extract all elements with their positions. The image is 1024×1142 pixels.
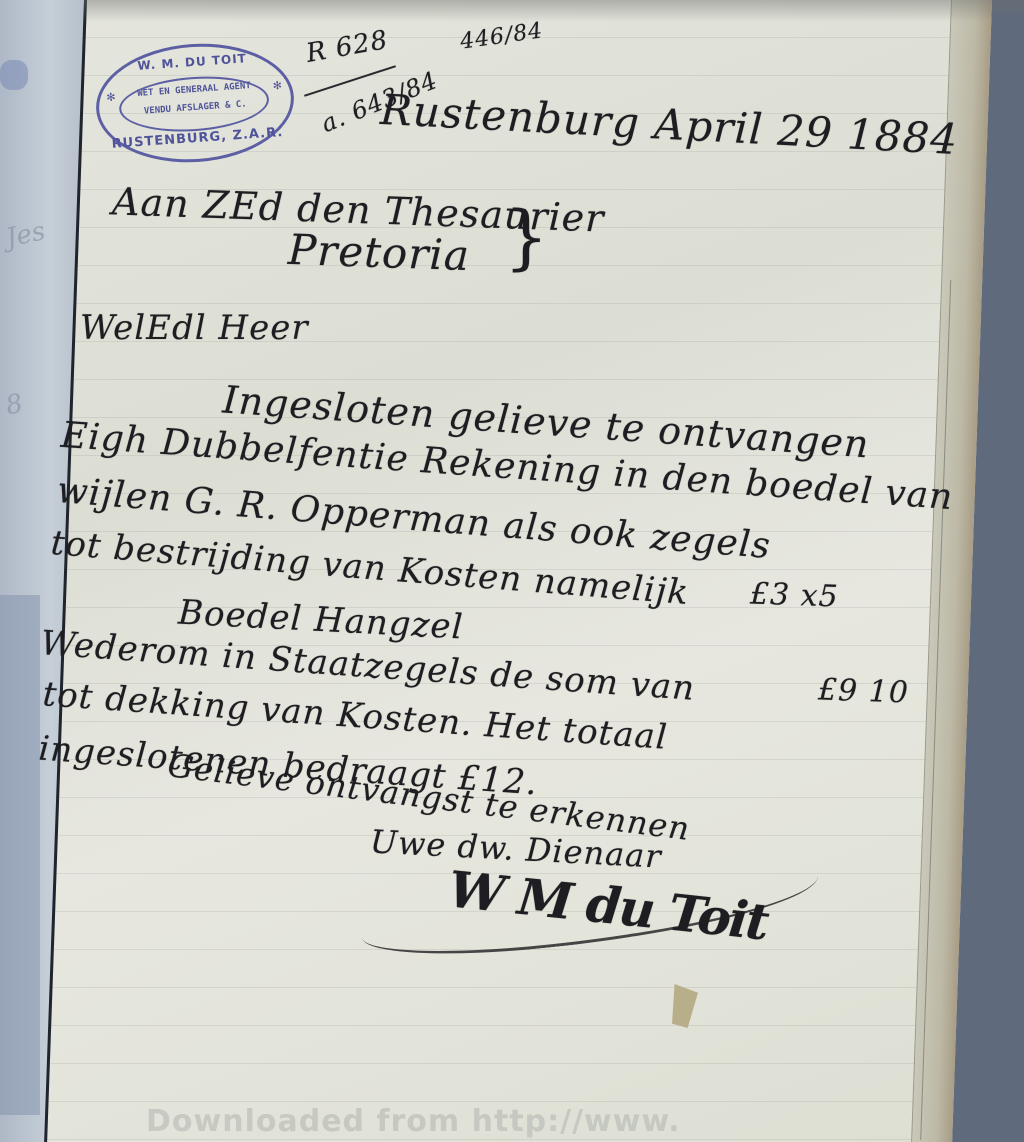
salutation: WelEdl Heer — [80, 308, 309, 348]
amount-1: £3 x5 — [749, 576, 839, 614]
amount-2: £9 10 — [817, 672, 909, 710]
address-line-2: Pretoria — [287, 225, 471, 280]
ink-mark — [0, 60, 28, 90]
top-shadow — [84, 0, 1024, 22]
bleed-through-text: Jes — [3, 216, 48, 253]
watermark: Downloaded from http://www. — [146, 1104, 681, 1139]
address-brace: } — [504, 196, 550, 278]
page-edge — [911, 0, 992, 1142]
page-shadow — [0, 595, 40, 1115]
bleed-through-text: 8 — [3, 389, 25, 422]
